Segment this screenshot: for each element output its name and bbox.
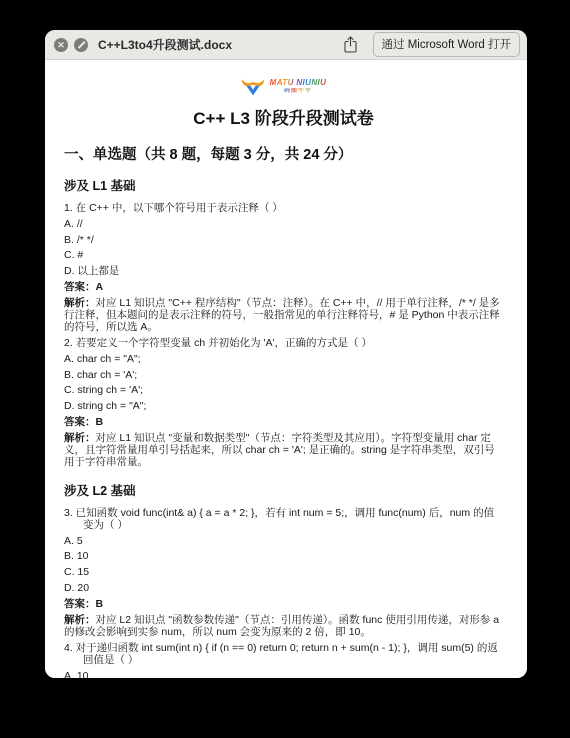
question-2: 2. 若要定义一个字符型变量 ch 并初始化为 'A'，正确的方式是（ ） A.… bbox=[64, 337, 503, 469]
option: A. char ch = "A"; bbox=[64, 353, 503, 365]
open-with-word-button[interactable]: 通过 Microsoft Word 打开 bbox=[373, 32, 521, 57]
group-heading-l1: 涉及 L1 基础 bbox=[64, 176, 503, 194]
answer-value: B bbox=[96, 416, 104, 428]
brand-name: MATU NIUNIU bbox=[270, 79, 327, 88]
window-title: C++L3to4升段测试.docx bbox=[98, 36, 334, 53]
slash-circle-button[interactable] bbox=[74, 38, 88, 52]
file-preview-window: ✕ C++L3to4升段测试.docx 通过 Microsoft Word 打开… bbox=[45, 30, 527, 678]
brand-logo: MATU NIUNIU 码图牛牛 bbox=[64, 78, 503, 96]
option: C. string ch = 'A'; bbox=[64, 384, 503, 396]
doc-title: C++ L3 阶段升段测试卷 bbox=[64, 104, 503, 129]
question-text: 4. 对于递归函数 int sum(int n) { if (n == 0) r… bbox=[64, 642, 503, 667]
analysis-label: 解析： bbox=[64, 297, 96, 309]
close-button[interactable]: ✕ bbox=[54, 38, 68, 52]
close-icon: ✕ bbox=[54, 38, 68, 52]
answer-label: 答案： bbox=[64, 598, 96, 610]
analysis-text: 对应 L1 知识点 "变量和数据类型"（节点：字符类型及其应用）。字符型变量用 … bbox=[64, 432, 495, 469]
titlebar: ✕ C++L3to4升段测试.docx 通过 Microsoft Word 打开 bbox=[45, 30, 527, 60]
option: C. 15 bbox=[64, 566, 503, 578]
analysis-line: 解析：对应 L1 知识点 "变量和数据类型"（节点：字符类型及其应用）。字符型变… bbox=[64, 432, 503, 469]
question-text: 2. 若要定义一个字符型变量 ch 并初始化为 'A'，正确的方式是（ ） bbox=[64, 337, 503, 349]
option: D. string ch = "A"; bbox=[64, 400, 503, 412]
question-1: 1. 在 C++ 中，以下哪个符号用于表示注释（ ） A. // B. /* *… bbox=[64, 202, 503, 334]
answer-label: 答案： bbox=[64, 281, 96, 293]
section-heading: 一、单选题（共 8 题，每题 3 分，共 24 分） bbox=[64, 143, 503, 164]
analysis-label: 解析： bbox=[64, 432, 96, 444]
analysis-label: 解析： bbox=[64, 614, 96, 626]
slash-circle-icon bbox=[77, 41, 84, 48]
answer-value: B bbox=[96, 598, 104, 610]
option: D. 以上都是 bbox=[64, 265, 503, 277]
answer-value: A bbox=[96, 281, 104, 293]
answer-line: 答案：B bbox=[64, 598, 503, 610]
option: D. 20 bbox=[64, 582, 503, 594]
group-heading-l2: 涉及 L2 基础 bbox=[64, 481, 503, 499]
question-3: 3. 已知函数 void func(int& a) { a = a * 2; }… bbox=[64, 507, 503, 639]
answer-line: 答案：A bbox=[64, 281, 503, 293]
option: B. char ch = 'A'; bbox=[64, 369, 503, 381]
question-text: 3. 已知函数 void func(int& a) { a = a * 2; }… bbox=[64, 507, 503, 532]
analysis-text: 对应 L2 知识点 "函数参数传递"（节点：引用传递）。函数 func 使用引用… bbox=[64, 614, 499, 638]
question-4: 4. 对于递归函数 int sum(int n) { if (n == 0) r… bbox=[64, 642, 503, 678]
option: B. 10 bbox=[64, 550, 503, 562]
brand-subtitle: 码图牛牛 bbox=[284, 88, 312, 95]
option: A. 5 bbox=[64, 535, 503, 547]
bull-logo-icon bbox=[241, 78, 265, 96]
analysis-text: 对应 L1 知识点 "C++ 程序结构"（节点：注释）。在 C++ 中，// 用… bbox=[64, 297, 500, 334]
brand-text: MATU NIUNIU 码图牛牛 bbox=[270, 79, 327, 94]
option: A. 10 bbox=[64, 670, 503, 678]
option: C. # bbox=[64, 249, 503, 261]
option: B. /* */ bbox=[64, 234, 503, 246]
answer-line: 答案：B bbox=[64, 416, 503, 428]
analysis-line: 解析：对应 L2 知识点 "函数参数传递"（节点：引用传递）。函数 func 使… bbox=[64, 614, 503, 639]
option: A. // bbox=[64, 218, 503, 230]
share-button[interactable] bbox=[340, 34, 361, 55]
analysis-line: 解析：对应 L1 知识点 "C++ 程序结构"（节点：注释）。在 C++ 中，/… bbox=[64, 297, 503, 334]
preview-scroll-area[interactable]: MATU NIUNIU 码图牛牛 C++ L3 阶段升段测试卷 一、单选题（共 … bbox=[45, 60, 527, 678]
answer-label: 答案： bbox=[64, 416, 96, 428]
share-icon bbox=[344, 36, 357, 53]
question-text: 1. 在 C++ 中，以下哪个符号用于表示注释（ ） bbox=[64, 202, 503, 214]
